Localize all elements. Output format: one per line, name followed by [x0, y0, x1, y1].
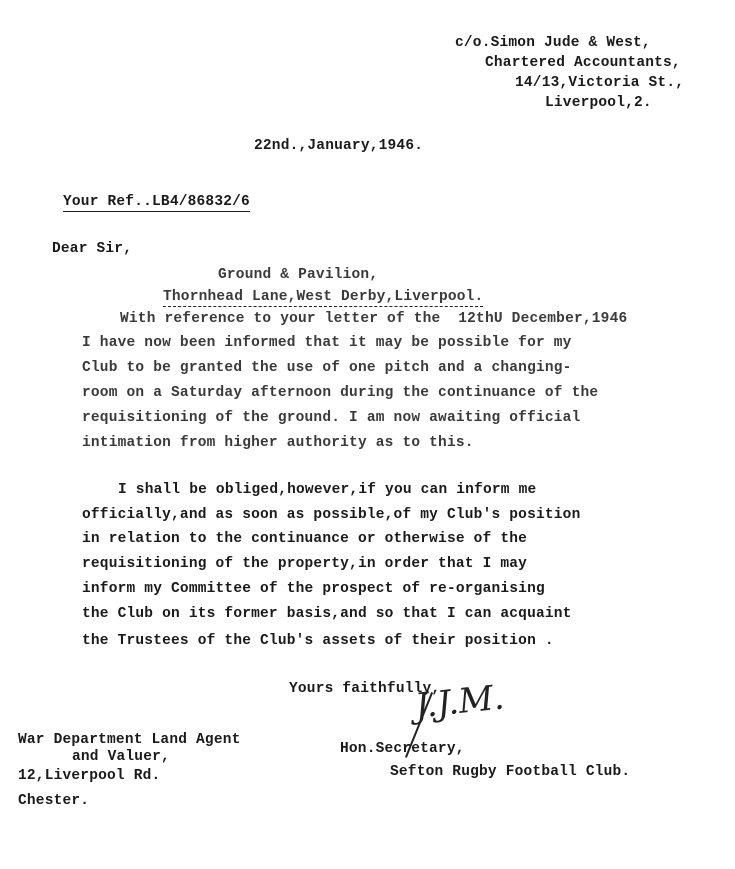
recipient-line: and Valuer,: [72, 748, 170, 766]
paragraph-line: room on a Saturday afternoon during the …: [82, 384, 598, 402]
paragraph-line: officially,and as soon as possible,of my…: [82, 506, 580, 524]
subject-line: Thornhead Lane,West Derby,Liverpool.: [163, 289, 483, 307]
paragraph-line: in relation to the continuance or otherw…: [82, 530, 527, 548]
subject-line: Ground & Pavilion,: [218, 266, 378, 284]
recipient-line: Chester.: [18, 792, 89, 810]
signer-organization: Sefton Rugby Football Club.: [390, 763, 630, 781]
recipient-line: 12,Liverpool Rd.: [18, 767, 160, 785]
sender-line: Chartered Accountants,: [485, 54, 681, 72]
salutation: Dear Sir,: [52, 240, 132, 258]
signature: J.J.M.: [413, 677, 506, 726]
sender-line: 14/13,Victoria St.,: [515, 74, 684, 92]
paragraph-line: With reference to your letter of the 12t…: [120, 310, 627, 328]
paragraph-line: the Club on its former basis,and so that…: [82, 605, 572, 623]
reference-line: Your Ref..LB4/86832/6: [63, 194, 250, 212]
paragraph-line: requisitioning of the ground. I am now a…: [82, 409, 580, 427]
paragraph-line: requisitioning of the property,in order …: [82, 555, 527, 573]
paragraph-line: inform my Committee of the prospect of r…: [82, 580, 545, 598]
paragraph-line: I have now been informed that it may be …: [82, 334, 572, 352]
paragraph-line: the Trustees of the Club's assets of the…: [82, 632, 554, 650]
letter-date: 22nd.,January,1946.: [254, 137, 423, 155]
sender-line: c/o.Simon Jude & West,: [455, 34, 651, 52]
sender-line: Liverpool,2.: [545, 94, 652, 112]
paragraph-line: Club to be granted the use of one pitch …: [82, 359, 572, 377]
recipient-line: War Department Land Agent: [18, 731, 241, 749]
paragraph-line: intimation from higher authority as to t…: [82, 434, 474, 452]
signer-title: Hon.Secretary,: [340, 740, 465, 758]
paragraph-line: I shall be obliged,however,if you can in…: [118, 481, 536, 499]
